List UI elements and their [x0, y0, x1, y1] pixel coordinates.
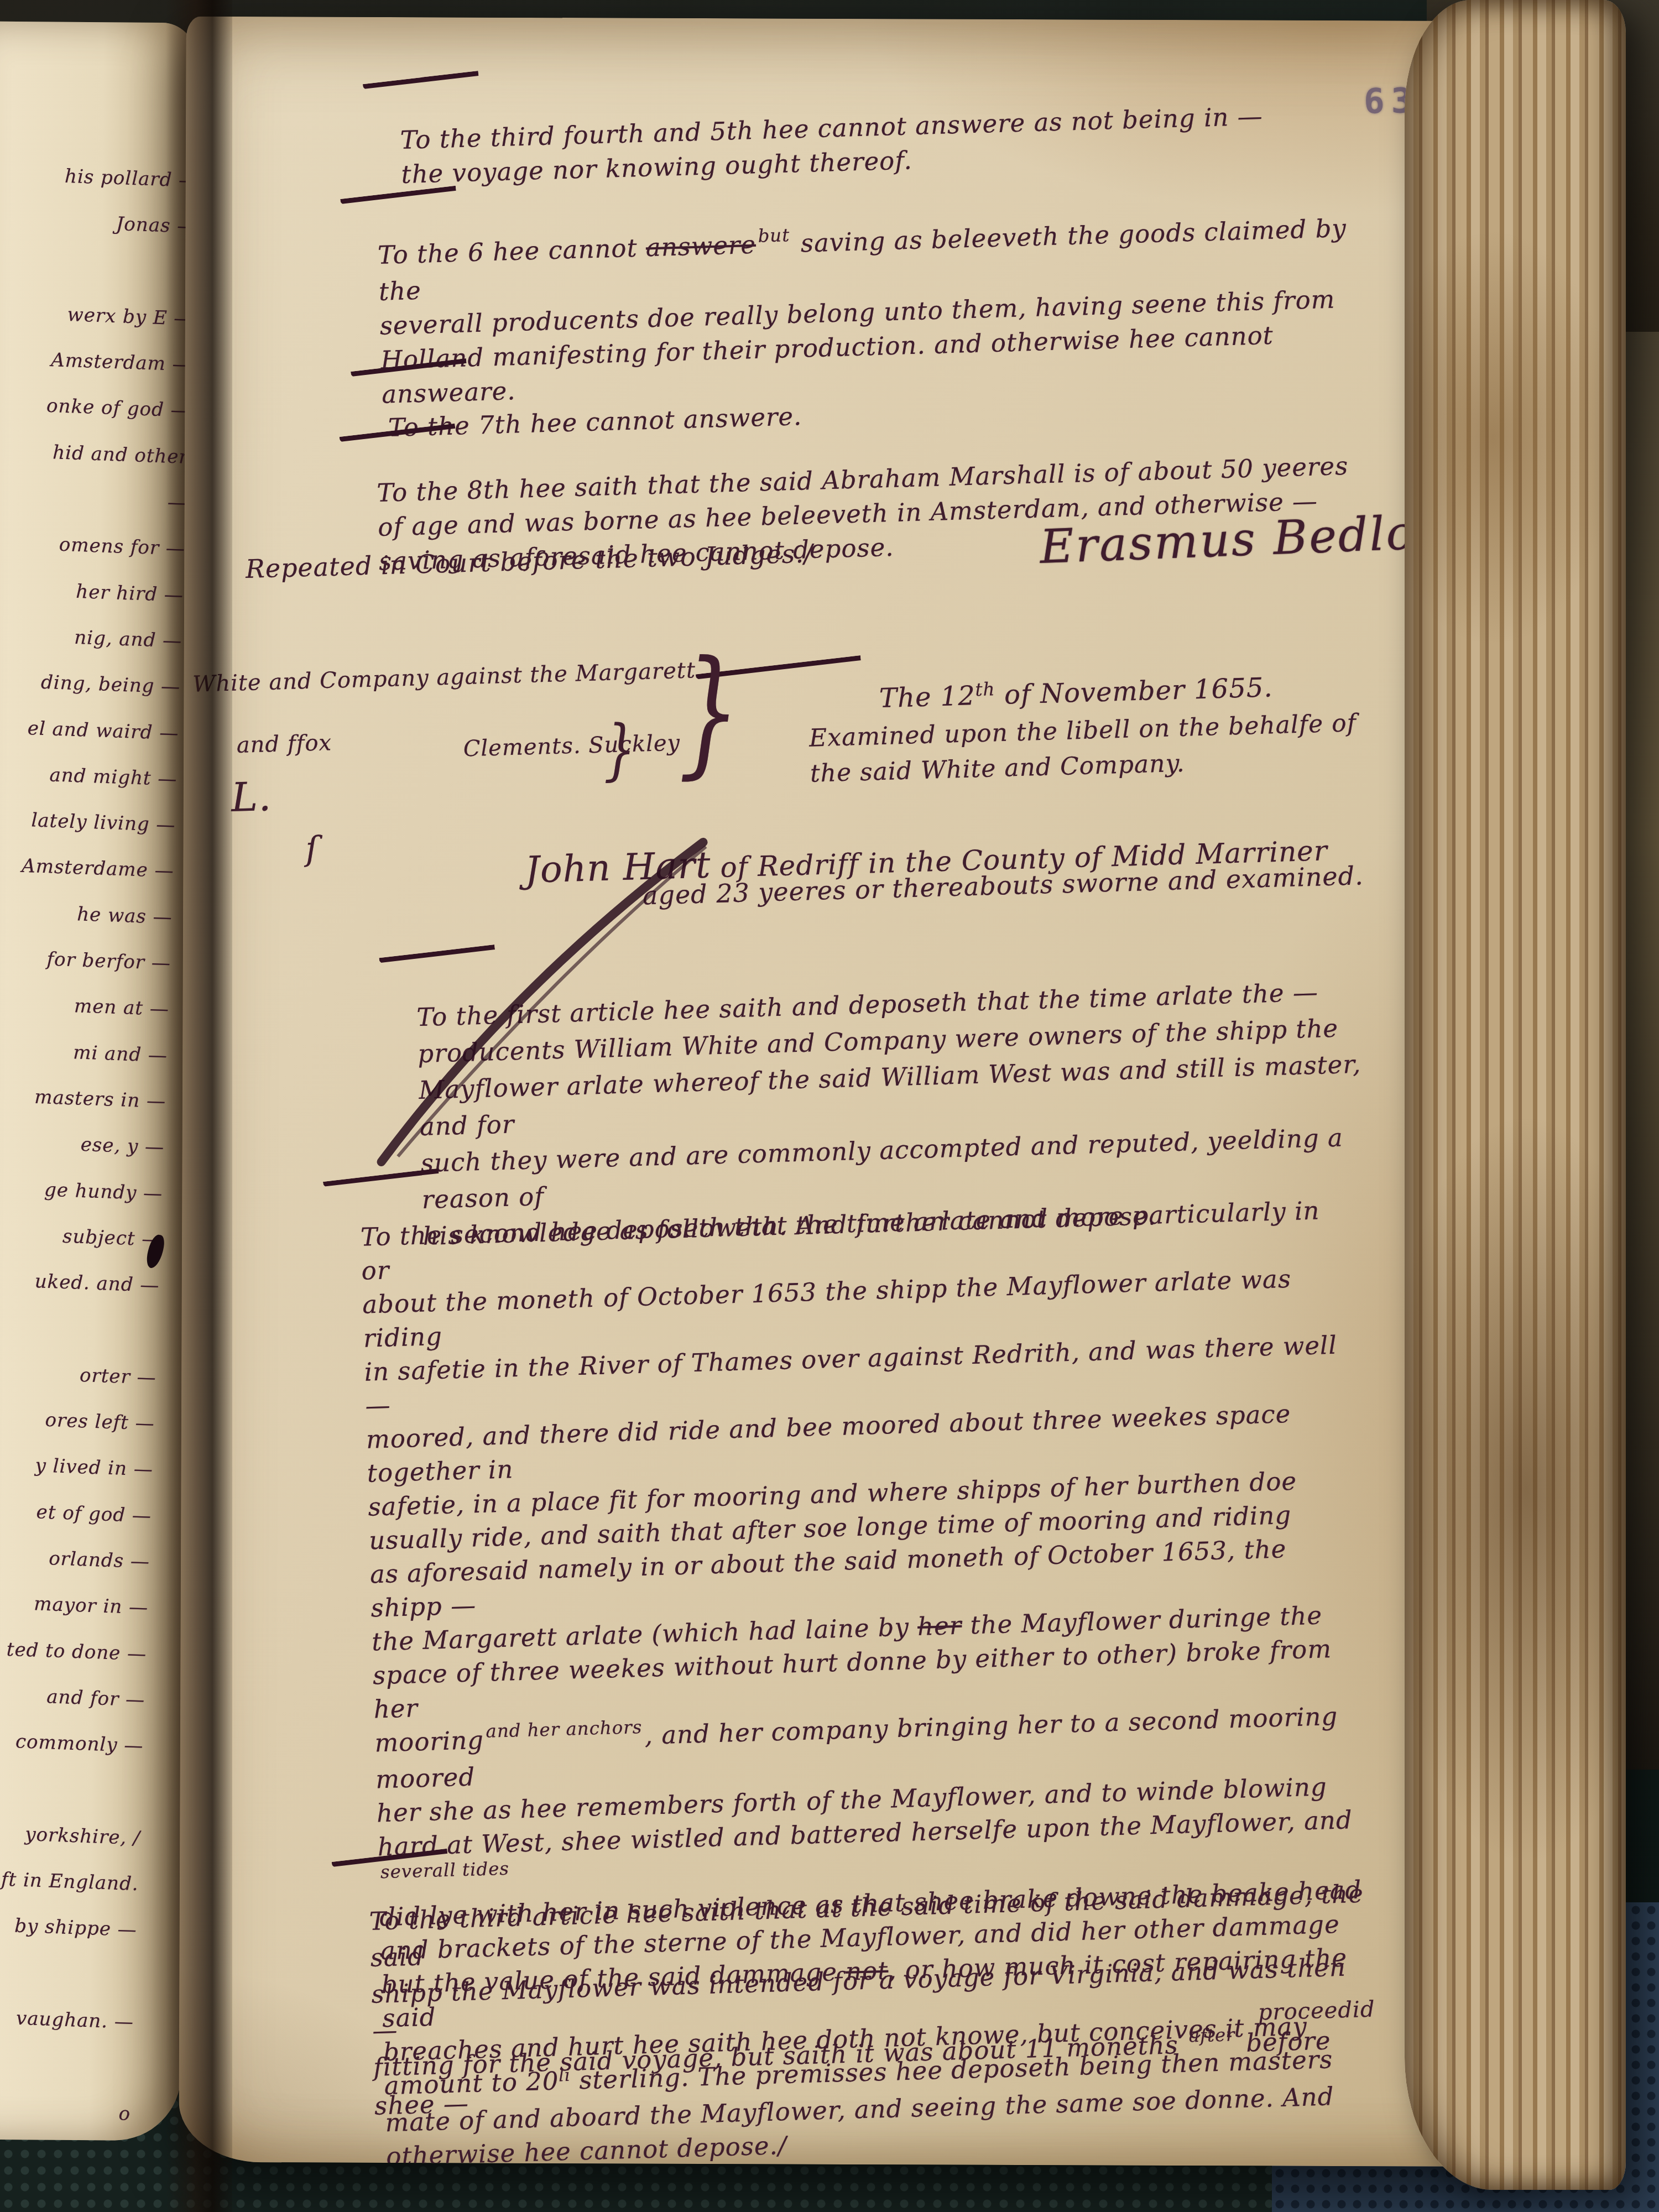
book-gutter-shadow — [166, 0, 232, 2212]
struck-word: answere — [645, 230, 757, 263]
interlinear-insertion: after — [1188, 2016, 1236, 2054]
book-fore-edge — [1405, 0, 1626, 2190]
paragraph-flourish — [363, 71, 481, 103]
case-title-line1: White and Company against the Margarett — [192, 658, 713, 697]
interlinear-insertion: and her anchors — [486, 1710, 643, 1749]
paragraph-flourish — [379, 945, 497, 977]
deposition-article-3: To the third article hee saith that at t… — [368, 1839, 1370, 2125]
manuscript-page: 634 To the third fourth and 5th hee cann… — [179, 17, 1536, 2167]
paragraph-flourish — [340, 186, 458, 218]
session-date: The 12th of November 1655. — [878, 641, 1274, 714]
catchword: proceedid — [1258, 1997, 1375, 2026]
answer-articles-3-4-5: To the third fourth and 5th hee cannot a… — [399, 61, 1396, 192]
ordinal-superscript: th — [975, 679, 995, 700]
margin-mark: ſ — [305, 830, 319, 869]
case-title-brace-small: } — [604, 720, 636, 780]
examined-upon-libell: Examined upon the libell on the behalfe … — [808, 706, 1358, 792]
interlinear-insertion: but — [758, 218, 790, 253]
case-title-brace: } — [679, 646, 741, 778]
margin-mark: L. — [231, 773, 272, 821]
case-title-line2: and ffox — [236, 730, 332, 758]
struck-word: her — [917, 1611, 962, 1641]
manuscript-photo: his pollard — Jonas — werx by E — Amster… — [0, 0, 1659, 2212]
case-title-masters: Clements. Suckley — [463, 731, 680, 762]
paragraph-flourish — [323, 1168, 441, 1201]
